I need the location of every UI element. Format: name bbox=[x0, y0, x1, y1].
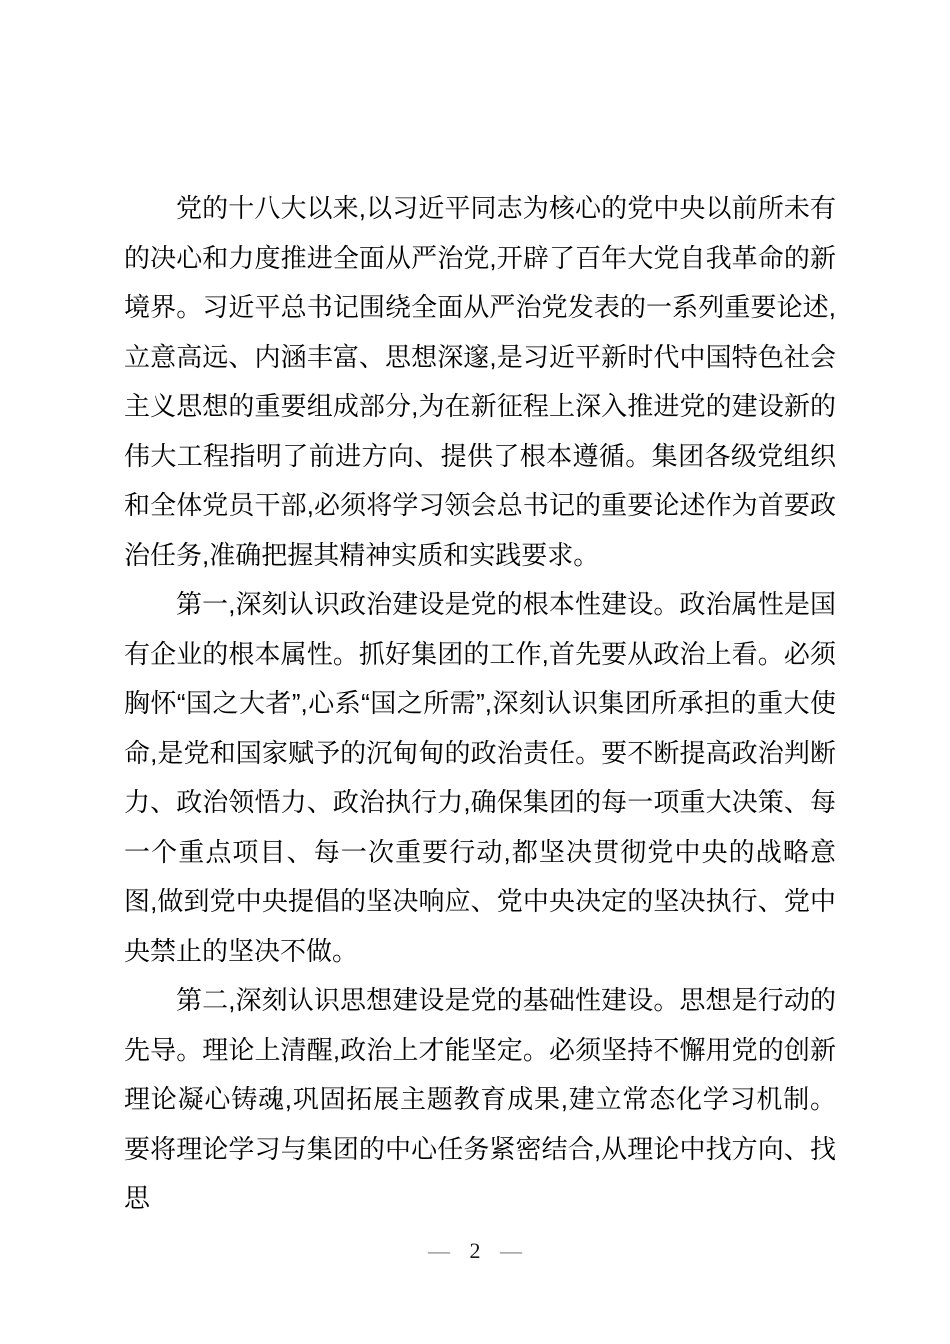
page-number: 2 bbox=[470, 1238, 481, 1264]
document-body: 党的十八大以来,以习近平同志为核心的党中央以前所未有的决心和力度推进全面从严治党… bbox=[124, 184, 836, 1224]
page-footer: — 2 — bbox=[0, 1238, 950, 1264]
paragraph-second-point: 第二,深刻认识思想建设是党的基础性建设。思想是行动的先导。理论上清醒,政治上才能… bbox=[124, 976, 836, 1224]
footer-dash-left: — bbox=[428, 1238, 450, 1264]
paragraph-intro: 党的十八大以来,以习近平同志为核心的党中央以前所未有的决心和力度推进全面从严治党… bbox=[124, 184, 836, 580]
document-page: 党的十八大以来,以习近平同志为核心的党中央以前所未有的决心和力度推进全面从严治党… bbox=[0, 0, 950, 1344]
footer-dash-right: — bbox=[500, 1238, 522, 1264]
paragraph-first-point: 第一,深刻认识政治建设是党的根本性建设。政治属性是国有企业的根本属性。抓好集团的… bbox=[124, 580, 836, 976]
